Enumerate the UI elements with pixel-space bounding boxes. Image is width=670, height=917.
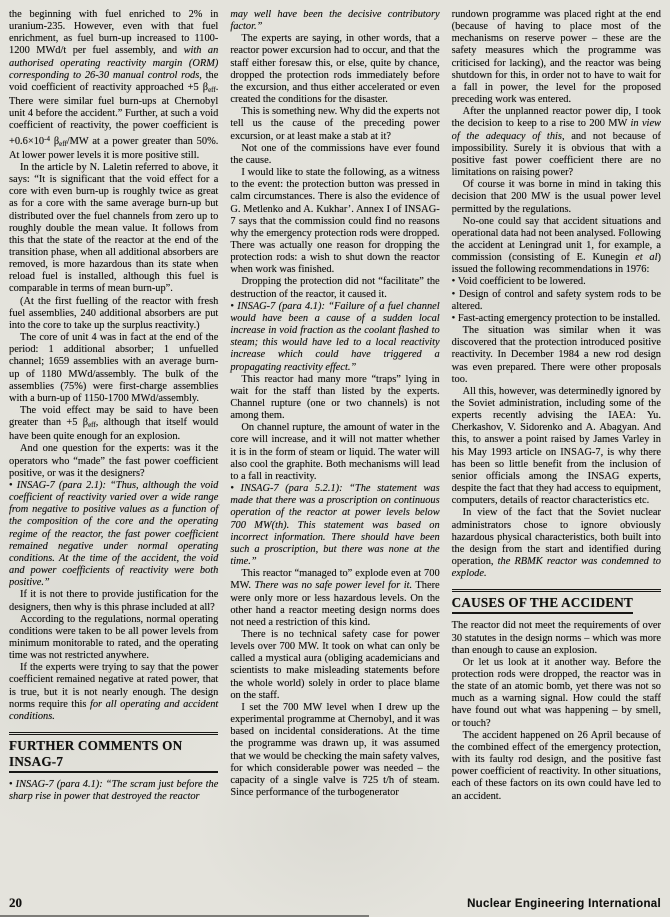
paragraph: If it is not there to provide justificat… xyxy=(9,589,218,613)
bullet-paragraph: • INSAG-7 (para 4.1): “The scram just be… xyxy=(9,779,218,803)
column-2: may well have been the decisive contribu… xyxy=(230,9,439,887)
bullet-paragraph: • Fast-acting emergency protection to be… xyxy=(452,313,661,325)
bullet-paragraph: • INSAG-7 (para 4.1): “Failure of a fuel… xyxy=(230,301,439,374)
paragraph: the beginning with fuel enriched to 2% i… xyxy=(9,9,218,162)
paragraph: (At the first fuelling of the reactor wi… xyxy=(9,296,218,332)
paragraph: Not one of the commissions have ever fou… xyxy=(230,143,439,167)
paragraph: If the experts were trying to say that t… xyxy=(9,662,218,723)
page-footer: 20 Nuclear Engineering International xyxy=(9,895,661,911)
paragraph: And one question for the experts: was it… xyxy=(9,443,218,479)
paragraph: After the unplanned reactor power dip, I… xyxy=(452,106,661,179)
publication-name: Nuclear Engineering International xyxy=(467,898,661,910)
paragraph: The core of unit 4 was in fact at the en… xyxy=(9,332,218,405)
paragraph: According to the regulations, normal ope… xyxy=(9,614,218,663)
paragraph: There is no technical safety case for po… xyxy=(230,629,439,702)
paragraph: This reactor “managed to” explode even a… xyxy=(230,568,439,629)
paragraph: This is something new. Why did the exper… xyxy=(230,106,439,142)
paragraph: I would like to state the following, as … xyxy=(230,167,439,276)
paragraph: The accident happened on 26 April becaus… xyxy=(452,730,661,803)
paragraph: I set the 700 MW level when I drew up th… xyxy=(230,702,439,799)
paragraph: Or let us look at it another way. Before… xyxy=(452,657,661,730)
paragraph: On channel rupture, the amount of water … xyxy=(230,422,439,483)
paragraph: In view of the fact that the Soviet nucl… xyxy=(452,507,661,580)
paragraph: Dropping the protection did not “facilit… xyxy=(230,276,439,300)
article-columns: the beginning with fuel enriched to 2% i… xyxy=(9,9,661,887)
paragraph: rundown programme was placed right at th… xyxy=(452,9,661,106)
scanned-article-page: the beginning with fuel enriched to 2% i… xyxy=(0,0,670,917)
section-heading: CAUSES OF THE ACCIDENT xyxy=(452,589,661,614)
column-3: rundown programme was placed right at th… xyxy=(452,9,661,887)
bullet-paragraph: • Design of control and safety system ro… xyxy=(452,289,661,313)
paragraph: This reactor had many more “traps” lying… xyxy=(230,374,439,423)
paragraph: No-one could say that accident situation… xyxy=(452,216,661,277)
paragraph: The void effect may be said to have been… xyxy=(9,405,218,443)
paragraph: All this, however, was determinedly igno… xyxy=(452,386,661,508)
bullet-paragraph: • Void coefficient to be lowered. xyxy=(452,276,661,288)
paragraph: may well have been the decisive contribu… xyxy=(230,9,439,33)
bullet-paragraph: • INSAG-7 (para 2.1): “Thus, although th… xyxy=(9,480,218,589)
section-heading: FURTHER COMMENTS ON INSAG-7 xyxy=(9,732,218,773)
paragraph: The reactor did not meet the requirement… xyxy=(452,620,661,656)
paragraph: The experts are saying, in other words, … xyxy=(230,33,439,106)
paragraph: The situation was similar when it was di… xyxy=(452,325,661,386)
bullet-paragraph: • INSAG-7 (para 5.2.1): “The statement w… xyxy=(230,483,439,568)
paragraph: Of course it was borne in mind in taking… xyxy=(452,179,661,215)
paragraph: In the article by N. Laletin referred to… xyxy=(9,162,218,296)
column-1: the beginning with fuel enriched to 2% i… xyxy=(9,9,218,887)
page-number: 20 xyxy=(9,895,22,911)
